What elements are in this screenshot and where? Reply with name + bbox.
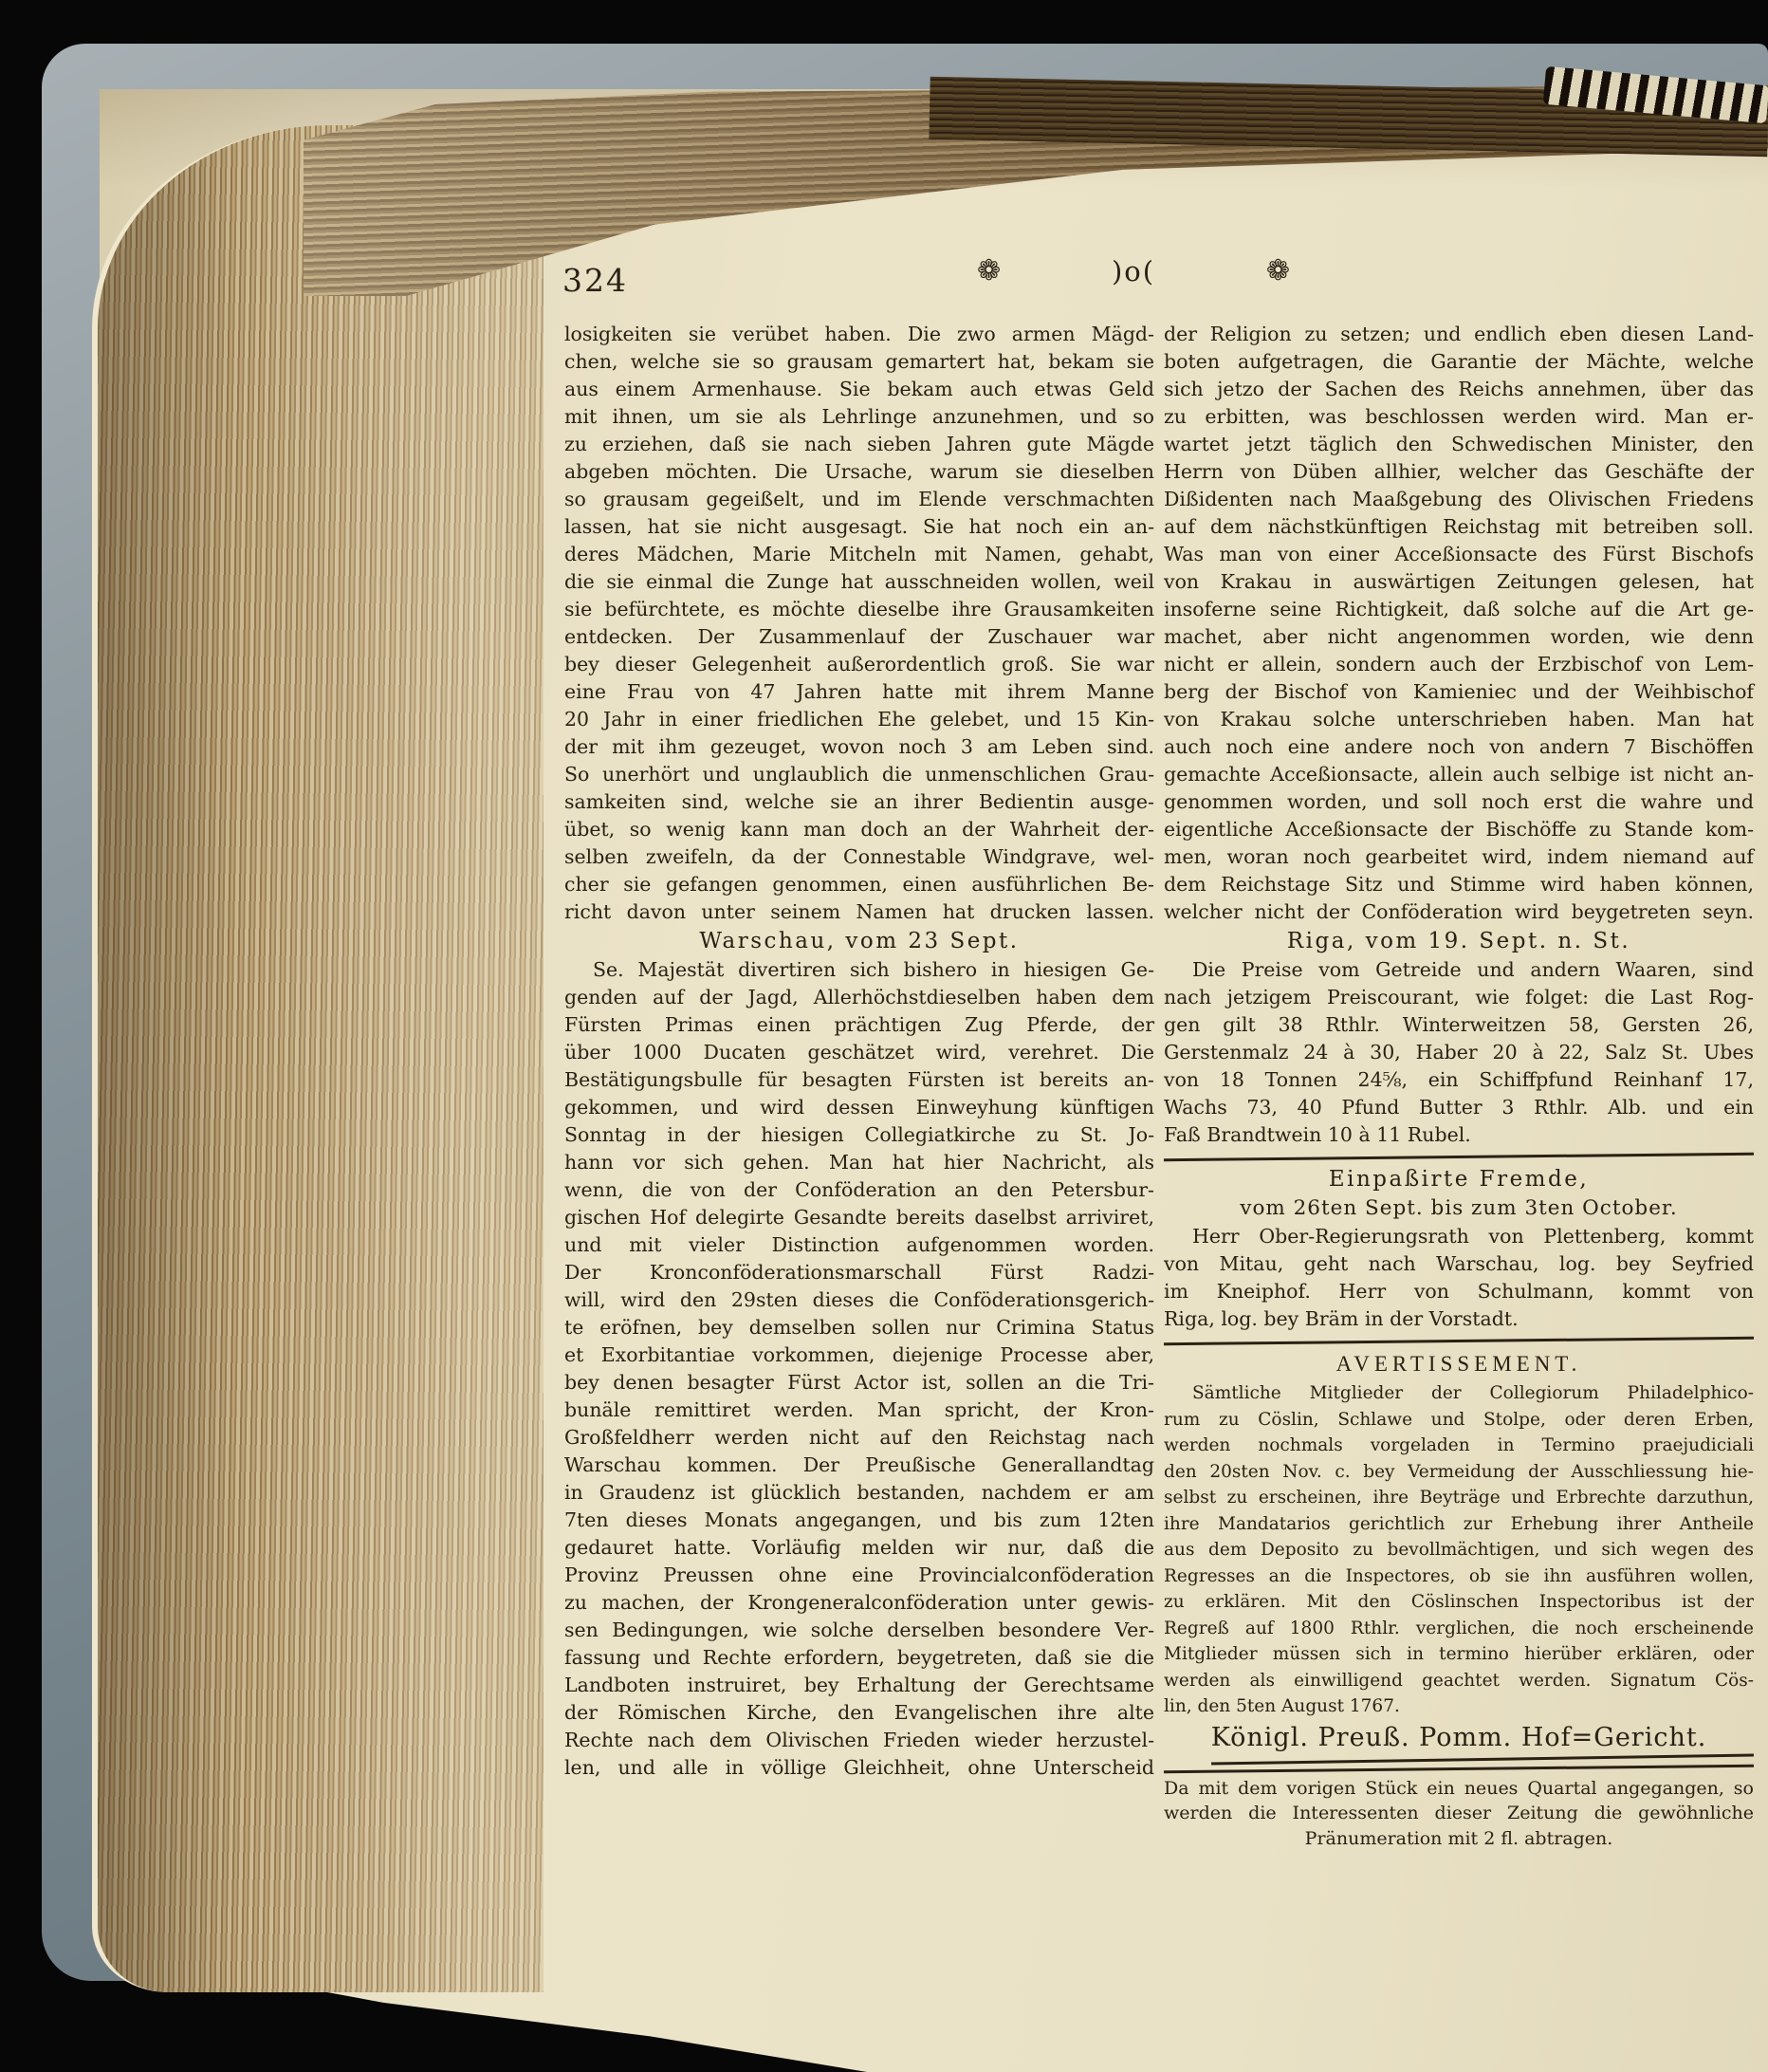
riga-paragraph-last-line: Faß Brandtwein 10 à 11 Rubel. — [1164, 1121, 1754, 1149]
section-heading-fremde: Einpaßirte Fremde, — [1164, 1164, 1754, 1194]
section-divider — [1164, 1764, 1754, 1773]
avertissement-last-line: lin, den 5ten August 1767. — [1164, 1693, 1754, 1720]
story-continuation-paragraph: losigkeiten sie verübet haben. Die zwo a… — [564, 321, 1154, 926]
section-heading-avertissement: AVERTISSEMENT. — [1164, 1348, 1754, 1380]
riga-paragraph: Die Preise vom Getreide und andern Waare… — [1164, 956, 1754, 1121]
signature-mark: )o( — [1112, 255, 1155, 287]
fleuron-right-icon: ❁ — [1266, 254, 1290, 287]
book-photo: 324 ❁ )o( ❁ losigkeiten sie verübet habe… — [0, 0, 1768, 2072]
subscription-notice-last-line: Pränumeration mit 2 fl. abtragen. — [1164, 1826, 1754, 1852]
court-signature: Königl. Preuß. Pomm. Hof=Gericht. — [1164, 1720, 1754, 1756]
section-heading-riga: Riga, vom 19. Sept. n. St. — [1164, 926, 1754, 956]
right-column: der Religion zu setzen; und endlich eben… — [1164, 321, 1754, 1851]
fremde-date-range: vom 26ten Sept. bis zum 3ten October. — [1164, 1194, 1754, 1223]
avertissement-paragraph: Sämtliche Mitglieder der Collegiorum Phi… — [1164, 1380, 1754, 1693]
subscription-notice: Da mit dem vorigen Stück ein neues Quart… — [1164, 1776, 1754, 1826]
section-divider — [1164, 1337, 1754, 1346]
fleuron-left-icon: ❁ — [977, 254, 1001, 287]
page-number: 324 — [562, 262, 628, 299]
header-ornaments: ❁ )o( ❁ — [977, 254, 1290, 287]
section-divider — [1164, 1153, 1754, 1162]
left-column: losigkeiten sie verübet haben. Die zwo a… — [564, 321, 1154, 1782]
fremde-paragraph: Herr Ober-Regierungsrath von Plettenberg… — [1164, 1223, 1754, 1305]
fremde-paragraph-last-line: Riga, log. bey Bräm in der Vorstadt. — [1164, 1305, 1754, 1333]
page-edges-left — [92, 125, 543, 1992]
warschau-paragraph: Se. Majestät divertiren sich bishero in … — [564, 956, 1154, 1782]
section-heading-warschau: Warschau, vom 23 Sept. — [564, 926, 1154, 956]
warschau-continuation-paragraph: der Religion zu setzen; und endlich eben… — [1164, 321, 1754, 926]
